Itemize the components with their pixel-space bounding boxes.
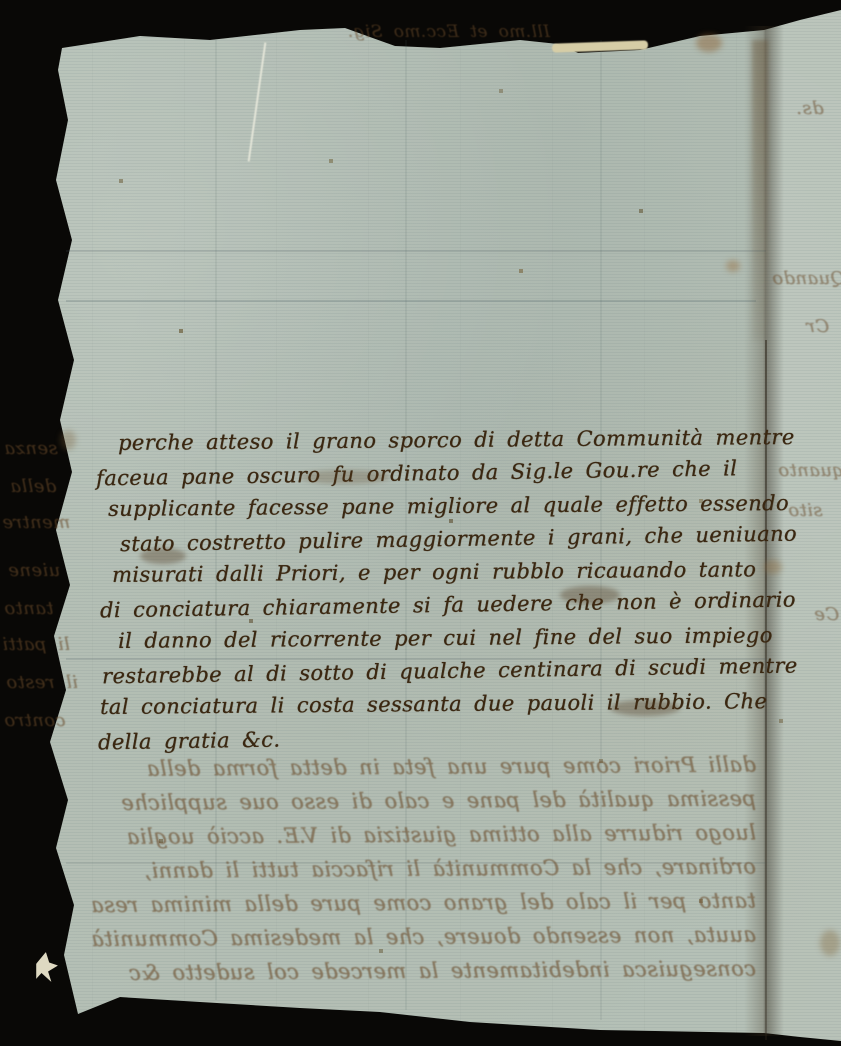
- right-leaf-ink-fragment: Ce: [814, 604, 839, 625]
- bleedthrough-line: conseguisca indebitamente la mercede col…: [76, 952, 756, 991]
- foxing-specks: [0, 0, 2, 2]
- gutter-stain: [752, 40, 768, 340]
- right-leaf-ink-fragment: Quando: [772, 268, 841, 289]
- ink-smudge: [300, 470, 390, 484]
- paper-stain: [820, 930, 840, 956]
- bleedthrough-line: luogo ridurre alla ottima giustizia di V…: [62, 816, 756, 855]
- ink-smudge: [610, 700, 680, 716]
- bleedthrough-text-block: dalli Priori come pure una feta in detta…: [46, 750, 756, 988]
- ink-smudge: [140, 548, 186, 564]
- bleedthrough-margin-fragment: della: [10, 476, 56, 497]
- bleedthrough-margin-fragment: uiene: [8, 560, 60, 581]
- right-leaf-ink-fragment: ds.: [796, 98, 824, 119]
- right-leaf-ink-fragment: quanto: [778, 460, 841, 481]
- bleedthrough-margin-fragment: tanto: [4, 598, 54, 619]
- bleedthrough-address-fragment: Ill.mo et Ecc.mo Sig.: [300, 22, 550, 42]
- horizontal-fold-crease: [66, 300, 756, 302]
- bleedthrough-line: ordinare, che la Communità li rifaccia t…: [52, 850, 756, 889]
- manuscript-photo: Ill.mo et Ecc.mo Sig. perche atteso il g…: [0, 0, 841, 1046]
- bleedthrough-margin-fragment: contro: [4, 710, 66, 731]
- bleedthrough-margin-fragment: li patti: [2, 634, 70, 655]
- paper-stain: [60, 430, 76, 450]
- bleedthrough-line: dalli Priori come pure una feta in detta…: [68, 748, 756, 787]
- bleedthrough-margin-fragment: il resto: [6, 672, 78, 693]
- bleedthrough-margin-fragment: senza: [4, 438, 58, 459]
- bleedthrough-line: tanto per il calo del grano come pure de…: [60, 884, 756, 923]
- paper-stain: [726, 260, 740, 272]
- right-leaf-ink-fragment: sito: [788, 500, 823, 521]
- bleedthrough-line: auuta, non essendo douere, che la medesi…: [54, 918, 756, 957]
- paper-stain: [696, 34, 722, 52]
- horizontal-fold-crease: [66, 250, 766, 252]
- ink-smudge: [560, 586, 620, 604]
- bleedthrough-margin-fragment: mentre: [2, 512, 70, 533]
- right-leaf-ink-fragment: Cr: [806, 316, 829, 337]
- bleedthrough-line: pessima qualità del pane e calo di esso …: [56, 782, 756, 821]
